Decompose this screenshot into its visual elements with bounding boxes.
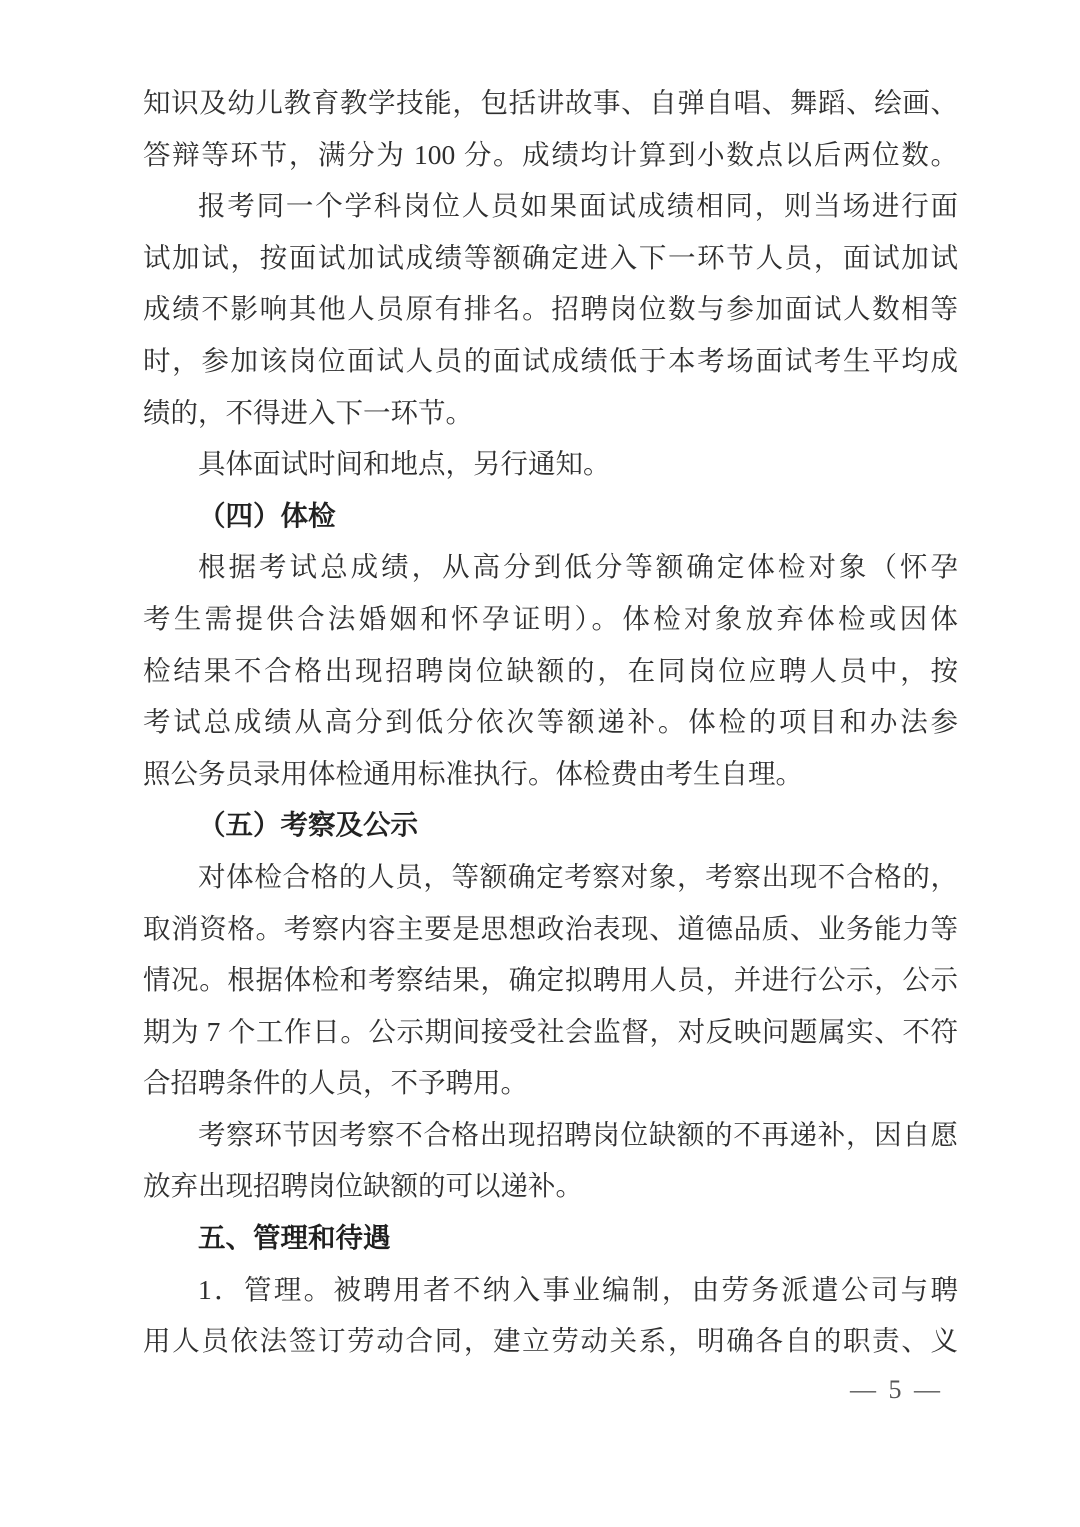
page-number: — 5 —: [850, 1370, 943, 1410]
paragraph-line: 检结果不合格出现招聘岗位缺额的，在同岗位应聘人员中，按: [143, 645, 958, 697]
section-heading-inspection-publicity: （五）考察及公示: [143, 799, 958, 851]
paragraph-line: 1．管理。被聘用者不纳入事业编制，由劳务派遣公司与聘: [143, 1264, 958, 1316]
paragraph-line: 照公务员录用体检通用标准执行。体检费由考生自理。: [143, 748, 958, 800]
document-page: 知识及幼儿教育教学技能，包括讲故事、自弹自唱、舞蹈、绘画、 答辩等环节，满分为 …: [0, 0, 1080, 1527]
paragraph-line: 情况。根据体检和考察结果，确定拟聘用人员，并进行公示，公示: [143, 954, 958, 1006]
paragraph-line: 考试总成绩从高分到低分依次等额递补。体检的项目和办法参: [143, 696, 958, 748]
document-text-block: 知识及幼儿教育教学技能，包括讲故事、自弹自唱、舞蹈、绘画、 答辩等环节，满分为 …: [143, 77, 958, 1367]
paragraph-line: 成绩不影响其他人员原有排名。招聘岗位数与参加面试人数相等: [143, 283, 958, 335]
section-heading-physical-exam: （四）体检: [143, 490, 958, 542]
paragraph-line: 合招聘条件的人员，不予聘用。: [143, 1057, 958, 1109]
paragraph-line: 用人员依法签订劳动合同，建立劳动关系，明确各自的职责、义: [143, 1315, 958, 1367]
paragraph-line: 取消资格。考察内容主要是思想政治表现、道德品质、业务能力等: [143, 903, 958, 955]
paragraph-line: 根据考试总成绩，从高分到低分等额确定体检对象（怀孕: [143, 541, 958, 593]
paragraph-line: 知识及幼儿教育教学技能，包括讲故事、自弹自唱、舞蹈、绘画、: [143, 77, 958, 129]
paragraph-line: 对体检合格的人员，等额确定考察对象，考察出现不合格的，: [143, 851, 958, 903]
paragraph-line: 答辩等环节，满分为 100 分。成绩均计算到小数点以后两位数。: [143, 129, 958, 181]
paragraph-line: 放弃出现招聘岗位缺额的可以递补。: [143, 1160, 958, 1212]
paragraph-line: 绩的，不得进入下一环节。: [143, 387, 958, 439]
section-heading-management-treatment: 五、管理和待遇: [143, 1212, 958, 1264]
paragraph-line: 期为 7 个工作日。公示期间接受社会监督，对反映问题属实、不符: [143, 1006, 958, 1058]
paragraph-line: 具体面试时间和地点，另行通知。: [143, 438, 958, 490]
paragraph-line: 考察环节因考察不合格出现招聘岗位缺额的不再递补，因自愿: [143, 1109, 958, 1161]
paragraph-line: 试加试，按面试加试成绩等额确定进入下一环节人员，面试加试: [143, 232, 958, 284]
paragraph-line: 时，参加该岗位面试人员的面试成绩低于本考场面试考生平均成: [143, 335, 958, 387]
paragraph-line: 报考同一个学科岗位人员如果面试成绩相同，则当场进行面: [143, 180, 958, 232]
paragraph-line: 考生需提供合法婚姻和怀孕证明）。体检对象放弃体检或因体: [143, 593, 958, 645]
